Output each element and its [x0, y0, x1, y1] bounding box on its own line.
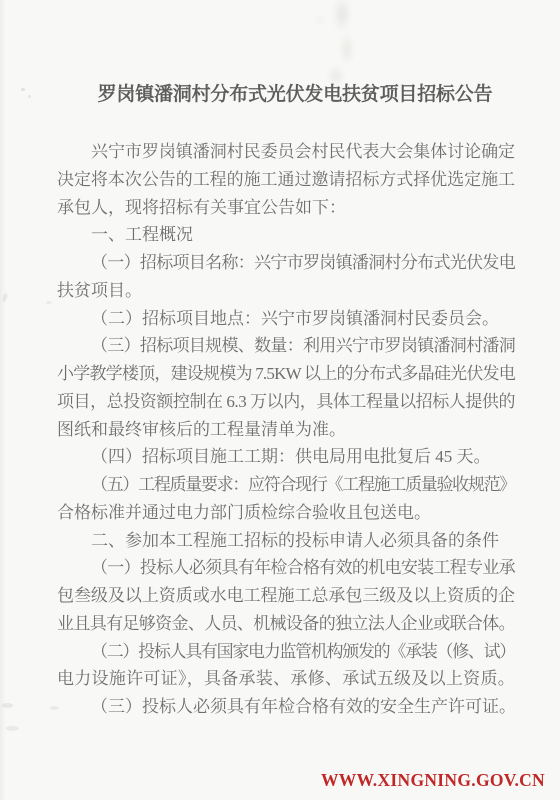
text-line: 承包人，现将招标有关事宜公告如下： [57, 194, 515, 222]
document-title: 罗岗镇潘洞村分布式光伏发电扶贫项目招标公告 [57, 79, 515, 106]
text-line: 项目，总投资额控制在 6.3 万以内，具体工程量以招标人提供的 [57, 388, 515, 416]
scan-speck [6, 726, 19, 731]
scan-edge-shadow [0, 0, 6, 800]
text-line: 电力设施许可证》，具备承装、承修、承试五级及以上资质。 [57, 665, 515, 693]
text-line: 图纸和最终审核后的工程量清单为准。 [57, 416, 515, 444]
document-body: 兴宁市罗岗镇潘洞村民委员会村民代表大会集体讨论确定决定将本次公告的工程的施工通过… [57, 138, 515, 721]
text-line: 扶贫项目。 [57, 277, 515, 305]
website-watermark: WWW.XINGNING.GOV.CN [321, 770, 545, 791]
text-line: （三）投标人必须具有年检合格有效的安全生产许可证。 [57, 693, 515, 721]
text-line: 二、参加本工程施工招标的投标申请人必须具备的条件 [57, 527, 515, 555]
scan-speck [21, 88, 25, 91]
text-line: 小学教学楼顶，建设规模为 7.5KW 以上的分布式多晶硅光伏发电 [57, 360, 515, 388]
text-line: 业且具有足够资金、人员、机械设备的独立法人企业或联合体。 [57, 610, 515, 638]
text-line: （五）工程质量要求：应符合现行《工程施工质量验收规范》 [57, 471, 515, 499]
scan-smudge [314, 0, 368, 90]
text-line: 包叁级及以上资质或水电工程施工总承包三级及以上资质的企 [57, 582, 515, 610]
text-line: （二）投标人具有国家电力监管机构颁发的《承装（修、试） [57, 638, 515, 666]
scan-speck [46, 301, 52, 304]
text-line: 一、工程概况 [57, 221, 515, 249]
text-line: （三）招标项目规模、数量：利用兴宁市罗岗镇潘洞村潘洞 [57, 332, 515, 360]
scanned-document-page: 罗岗镇潘洞村分布式光伏发电扶贫项目招标公告 兴宁市罗岗镇潘洞村民委员会村民代表大… [0, 0, 560, 800]
text-line: （一）招标项目名称：兴宁市罗岗镇潘洞村分布式光伏发电 [57, 249, 515, 277]
text-line: 兴宁市罗岗镇潘洞村民委员会村民代表大会集体讨论确定 [57, 138, 515, 166]
scan-speck [28, 95, 31, 98]
text-line: 决定将本次公告的工程的施工通过邀请招标方式择优选定施工 [57, 166, 515, 194]
text-line: （二）招标项目地点：兴宁市罗岗镇潘洞村民委员会。 [57, 305, 515, 333]
text-line: （一）投标人必须具有年检合格有效的机电安装工程专业承 [57, 554, 515, 582]
text-line: （四）招标项目施工工期：供电局用电批复后 45 天。 [57, 443, 515, 471]
text-line: 合格标准并通过电力部门质检综合验收且包送电。 [57, 499, 515, 527]
scan-speck [2, 703, 13, 708]
